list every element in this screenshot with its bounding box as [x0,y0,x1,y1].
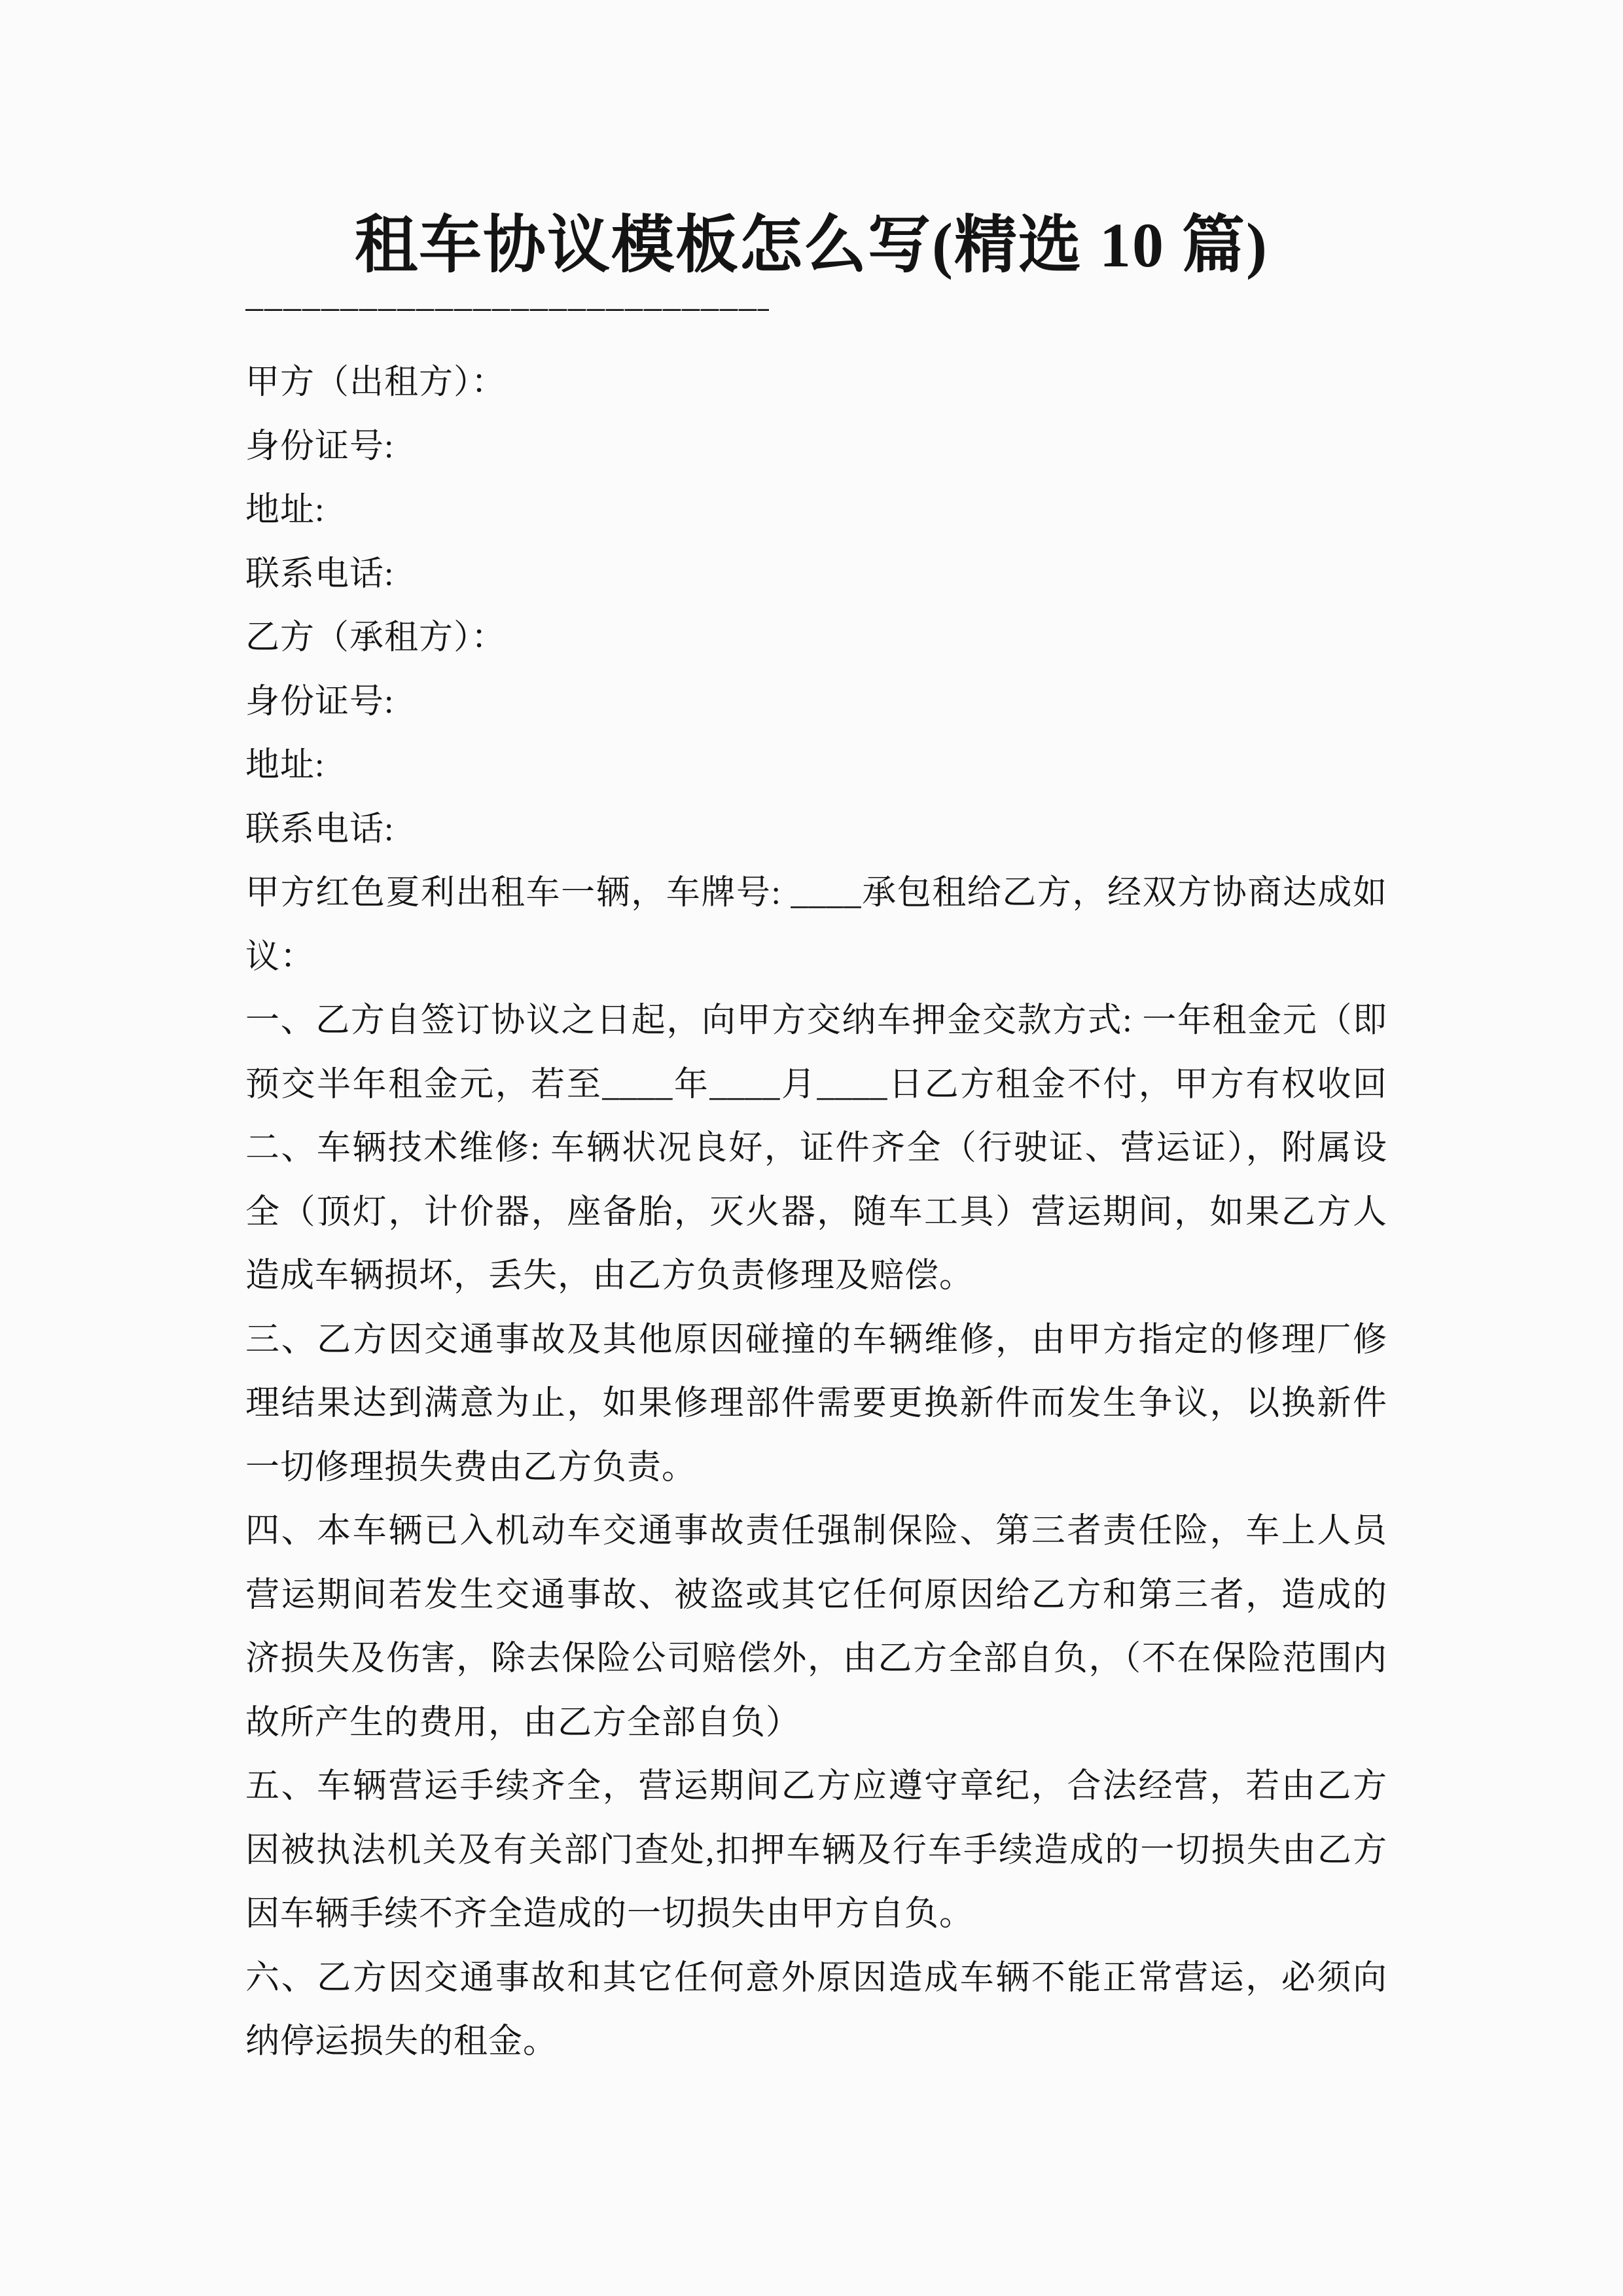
doc-line: 三、乙方因交通事故及其他原因碰撞的车辆维修，由甲方指定的修理厂修理，修 [245,1308,1387,1372]
doc-line: 一、乙方自签订协议之日起，向甲方交纳车押金交款方式: 一年租金元（即日起 [245,989,1387,1053]
doc-line: 二、车辆技术维修: 车辆状况良好，证件齐全（行驶证、营运证），附属设备齐 [245,1117,1387,1181]
title-underline: ______________________________ [245,263,769,327]
doc-line: 四、本车辆已入机动车交通事故责任强制保险、第三者责任险，车上人员责任险、 [245,1499,1387,1564]
doc-line: 因被执法机关及有关部门查处,扣押车辆及行车手续造成的一切损失由乙方自负， [245,1819,1387,1883]
doc-line: 身份证号: [245,670,1387,734]
doc-line: 全（顶灯，计价器，座备胎，灭火器，随车工具）营运期间，如果乙方人为原因， [245,1181,1387,1245]
doc-line: 因车辆手续不齐全造成的一切损失由甲方自负。 [245,1882,1387,1946]
doc-line: 议： [245,925,1387,990]
document-title: 租车协议模板怎么写(精选 10 篇) [0,196,1623,295]
doc-line: 甲方红色夏利出租车一辆，车牌号: ____承包租给乙方，经双方协商达成如下协 [245,861,1387,925]
doc-line: 纳停运损失的租金。 [245,2010,1387,2074]
doc-line: 乙方（承租方）： [245,606,1387,670]
doc-line: 预交半年租金元，若至____年____月____日乙方租金不付，甲方有权收回车）… [245,1053,1387,1117]
doc-line: 造成车辆损坏，丢失，由乙方负责修理及赔偿。 [245,1244,1387,1308]
doc-line: 身份证号: [245,415,1387,479]
doc-line: 一切修理损失费由乙方负责。 [245,1436,1387,1500]
doc-line: 联系电话: [245,543,1387,607]
doc-line: 故所产生的费用，由乙方全部自负） [245,1691,1387,1755]
document-body: 甲方（出租方）： 身份证号: 地址: 联系电话: 乙方（承租方）： 身份证号: … [245,351,1387,2074]
doc-line: 五、车辆营运手续齐全，营运期间乙方应遵守章纪，合法经营，若由乙方自身原 [245,1755,1387,1819]
doc-line: 联系电话: [245,798,1387,862]
doc-line: 地址: [245,478,1387,543]
document-page: 租车协议模板怎么写(精选 10 篇) _____________________… [0,0,1623,2296]
doc-line: 济损失及伤害，除去保险公司赔偿外，由乙方全部自负，（不在保险范围内的事 [245,1627,1387,1691]
doc-line: 营运期间若发生交通事故、被盗或其它任何原因给乙方和第三者，造成的一切经 [245,1564,1387,1628]
doc-line: 地址: [245,734,1387,798]
doc-line: 理结果达到满意为止，如果修理部件需要更换新件而发生争议，以换新件为准， [245,1372,1387,1436]
doc-line: 甲方（出租方）： [245,351,1387,415]
doc-line: 六、乙方因交通事故和其它任何意外原因造成车辆不能正常营运，必须向甲方缴 [245,1946,1387,2011]
